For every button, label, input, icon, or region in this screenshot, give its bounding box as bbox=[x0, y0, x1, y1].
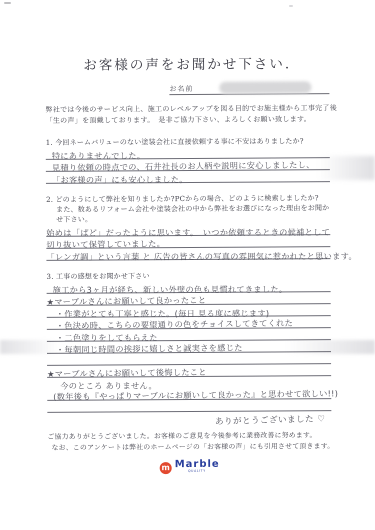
handwritten-answer: 「お客様の声」にも安心しました。 bbox=[46, 174, 188, 185]
marble-logo-subtext: QUALITY bbox=[188, 470, 206, 473]
handwritten-answer: ★マーブルさんにお願いして後悔したこと bbox=[47, 367, 207, 380]
question-2-prompt: また、数あるリフォーム会社や塗装会社の中から弊社をお選びになった理由をお聞か bbox=[46, 203, 330, 215]
scanned-page: お客様の声をお聞かせ下さい. お名前 弊社では今後のサービス向上、施工のレベルア… bbox=[0, 0, 375, 530]
form-title: お客様の声をお聞かせ下さい. bbox=[45, 56, 329, 76]
handwritten-answer: 「レンガ調」という言葉 と 広告の皆さんの写真の雰囲気に惹かれたと思います。 bbox=[46, 251, 357, 263]
name-label: お名前 bbox=[169, 84, 193, 94]
handwritten-answer: 施工から3ヶ月が経ち、新しい外壁の色も見慣れてきました。 bbox=[47, 284, 288, 296]
question-1: 1. 今回ネームバリューのない塗装会社に直接依頼する事に不安はありましたか? 特… bbox=[46, 136, 330, 184]
handwritten-answer: 特にありませんでした。 bbox=[46, 151, 145, 162]
name-field: お名前 bbox=[169, 79, 329, 95]
redacted-name bbox=[219, 81, 311, 94]
question-2: 2. どのようにして弊社を知りましたか?PCからの場合、どのように検索しましたか… bbox=[46, 193, 330, 261]
intro-paragraph: 弊社では今後のサービス向上、施工のレベルアップを図る目的でお施主様から工事完了後… bbox=[45, 103, 329, 127]
name-underline bbox=[193, 79, 329, 94]
marble-logo-text: Marble QUALITY bbox=[175, 460, 220, 475]
footer-note: ご協力ありがとうございました。お客様のご意見を今後参考に業務改善に努めます。 な… bbox=[47, 430, 331, 454]
answer-line: 始めは「ぱど」だったように思います。 いつか依頼するときの候補として bbox=[46, 223, 330, 237]
company-logo: m Marble QUALITY bbox=[48, 459, 332, 476]
marble-logo-mark-icon: m bbox=[160, 462, 172, 474]
question-1-prompt: 1. 今回ネームバリューのない塗装会社に直接依頼する事に不安はありましたか? bbox=[46, 136, 330, 148]
footer-line: なお、このアンケートは弊社のホームページの「お客様の声」にも引用させて頂きます。 bbox=[48, 441, 332, 454]
survey-form: お客様の声をお聞かせ下さい. お名前 弊社では今後のサービス向上、施工のレベルア… bbox=[0, 0, 375, 476]
question-3: 3. 工事の感想をお聞かせ下さい 施工から3ヶ月が経ち、新しい外壁の色も見慣れて… bbox=[46, 270, 331, 428]
intro-line: 「生の声」を頂戴しております。 是非ご協力下さい、よろしくお願い致します。 bbox=[46, 114, 330, 127]
handwritten-answer: 始めは「ぱど」だったように思います。 いつか依頼するときの候補として bbox=[46, 227, 330, 239]
handwritten-answer: ★マーブルさんにお願いして良かったこと bbox=[47, 295, 207, 308]
handwritten-answer: ・二色塗りをしてもらえた bbox=[47, 333, 158, 344]
handwritten-answer: 切り抜いて保管していました。 bbox=[46, 238, 165, 250]
